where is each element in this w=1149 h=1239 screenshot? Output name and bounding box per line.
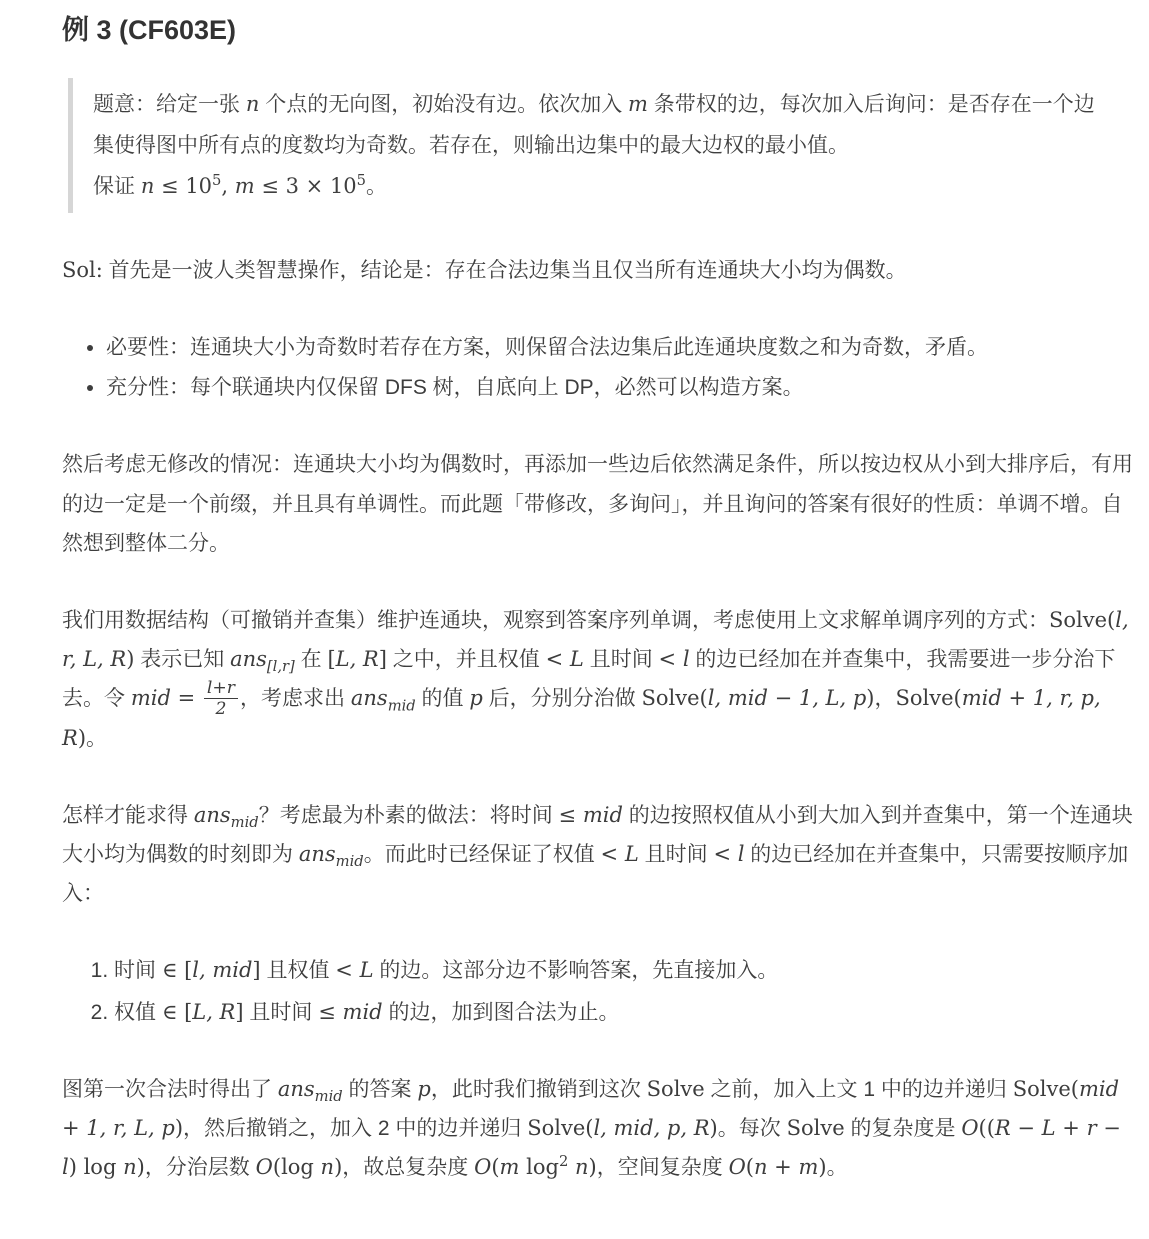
article: 例 3 (CF603E) 题意：给定一张 n 个点的无向图，初始没有边。依次加入…	[0, 0, 1149, 1239]
paragraph-dsu-solve: 我们用数据结构（可撤销并查集）维护连通块，观察到答案序列单调，考虑使用上文求解单…	[62, 601, 1135, 758]
problem-statement-quote: 题意：给定一张 n 个点的无向图，初始没有边。依次加入 m 条带权的边，每次加入…	[68, 78, 1135, 213]
paragraph-complexity: 图第一次合法时得出了 ansmid 的答案 p，此时我们撤销到这次 Solve …	[62, 1070, 1135, 1187]
list-item-step-2: 权值 ∈ [L, R] 且时间 ≤ mid 的边，加到图合法为止。	[114, 993, 1135, 1032]
list-item-necessity: 必要性：连通块大小为奇数时若存在方案，则保留合法边集后此连通块度数之和为奇数，矛…	[106, 328, 1135, 367]
insert-order-list: 时间 ∈ [l, mid] 且权值 < L 的边。这部分边不影响答案，先直接加入…	[62, 951, 1135, 1032]
proof-list: 必要性：连通块大小为奇数时若存在方案，则保留合法边集后此连通块度数之和为奇数，矛…	[62, 328, 1135, 407]
list-item-sufficiency: 充分性：每个联通块内仅保留 DFS 树，自底向上 DP，必然可以构造方案。	[106, 368, 1135, 407]
list-item-step-1: 时间 ∈ [l, mid] 且权值 < L 的边。这部分边不影响答案，先直接加入…	[114, 951, 1135, 990]
paragraph-no-modification: 然后考虑无修改的情况：连通块大小均为偶数时，再添加一些边后依然满足条件，所以按边…	[62, 445, 1135, 562]
paragraph-solution-intro: Sol: 首先是一波人类智慧操作，结论是：存在合法边集当且仅当所有连通块大小均为…	[62, 251, 1135, 290]
page-title: 例 3 (CF603E)	[62, 14, 1135, 46]
paragraph-compute-ansmid: 怎样才能求得 ansmid？考虑最为朴素的做法：将时间 ≤ mid 的边按照权值…	[62, 796, 1135, 913]
